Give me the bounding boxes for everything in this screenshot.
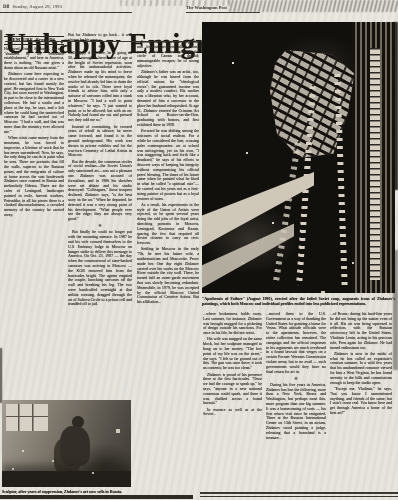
paragraph: "Except me, Vladimir," he says, "but you… bbox=[330, 387, 392, 416]
section-break-ornament: ✳ bbox=[266, 376, 326, 382]
paragraph: ...moved them to the U.S. Government as … bbox=[266, 312, 326, 374]
photo-light-strip bbox=[370, 48, 380, 280]
paragraph: His wife was mugged on the same block, b… bbox=[203, 337, 262, 371]
text-column-5: ...moved them to the U.S. Government as … bbox=[266, 312, 326, 488]
paragraph: Zhdanov's father was an artist, too, alt… bbox=[137, 70, 199, 128]
scan-noise-left-edge bbox=[0, 30, 2, 115]
paragraph: Zhdanov came here expecting to be discov… bbox=[4, 72, 64, 134]
text-column-1: EMIGRE, From D1 He loved Union, he hated… bbox=[4, 36, 64, 388]
artist-at-work-photo bbox=[2, 400, 131, 487]
paragraph: Forward he was drifting among the strict… bbox=[137, 129, 199, 201]
paragraph: When crisis came money from the museums,… bbox=[4, 136, 64, 218]
bottom-rule-left bbox=[0, 495, 193, 499]
paragraph: Still happy if not free, he is going on … bbox=[68, 51, 132, 123]
paragraph: ...where brokenness holds sway. Last sum… bbox=[203, 312, 262, 336]
page-folio: D8Sunday, August 29, 1993 bbox=[3, 4, 62, 10]
sculpture-photo bbox=[202, 22, 395, 293]
main-photo-caption: "Apotheosis of Failure" (August 1991), e… bbox=[202, 296, 395, 306]
photo-diagonal-plane bbox=[202, 172, 314, 246]
paragraph: But for Zhdanov to go back... it will al… bbox=[68, 33, 132, 43]
masthead: The Washington Post bbox=[186, 5, 262, 10]
page-date: Sunday, August 29, 1993 bbox=[13, 4, 63, 9]
text-column-2: But for Zhdanov to go back... it will al… bbox=[68, 33, 132, 393]
paragraph: Zhdanov is now in the midst of what he h… bbox=[330, 352, 392, 386]
photo-highlights bbox=[22, 450, 24, 452]
paragraph: Settling in Moscow in the early '70s, he… bbox=[137, 247, 199, 305]
header-rule-left bbox=[0, 12, 132, 13]
text-column-3: ...among the protests; incompatible and … bbox=[137, 40, 199, 490]
paragraph: During his five years in America, Zhdano… bbox=[266, 383, 326, 441]
scan-noise-left-edge-lower bbox=[0, 348, 2, 403]
secondary-photo-caption: Sculptor, after years of suppression, Zh… bbox=[2, 489, 192, 494]
paragraph: ...among the protests; incompatible and … bbox=[137, 40, 199, 69]
paragraph: Instead of committing, he crossed years … bbox=[68, 125, 132, 159]
newspaper-page-scan: D8Sunday, August 29, 1993 The Washington… bbox=[0, 0, 398, 500]
page-number: D8 bbox=[3, 5, 10, 10]
text-column-6: ...of Bronx; during his hard-line years … bbox=[330, 312, 392, 488]
photo-scratches bbox=[232, 62, 234, 64]
paragraph: As a result, his experiments in the styl… bbox=[137, 203, 199, 246]
continuation-kicker: EMIGRE, From D1 bbox=[4, 36, 64, 45]
paragraph: But the decade, the consensus circles of… bbox=[68, 160, 132, 222]
text-column-4: ...where brokenness holds sway. Last sum… bbox=[203, 312, 262, 488]
paragraph: In essence as well as at the Soviet... bbox=[203, 408, 262, 418]
bottom-rule-right-thin bbox=[200, 496, 398, 497]
header-rule-center bbox=[186, 12, 260, 13]
paragraph: But finally he could no longer put with … bbox=[68, 230, 132, 307]
paragraph: Zhdanov is proud of his presence there a… bbox=[203, 373, 262, 407]
photo-figure-body bbox=[60, 426, 90, 466]
paragraph: ...of Bronx; during his hard-line years … bbox=[330, 312, 392, 350]
paragraph: He loved Union, he hated, he was "shunne… bbox=[4, 47, 64, 71]
bottom-rule-right-thick bbox=[200, 492, 398, 494]
photo-window bbox=[6, 404, 48, 431]
photo-foreground-bench bbox=[2, 471, 131, 487]
